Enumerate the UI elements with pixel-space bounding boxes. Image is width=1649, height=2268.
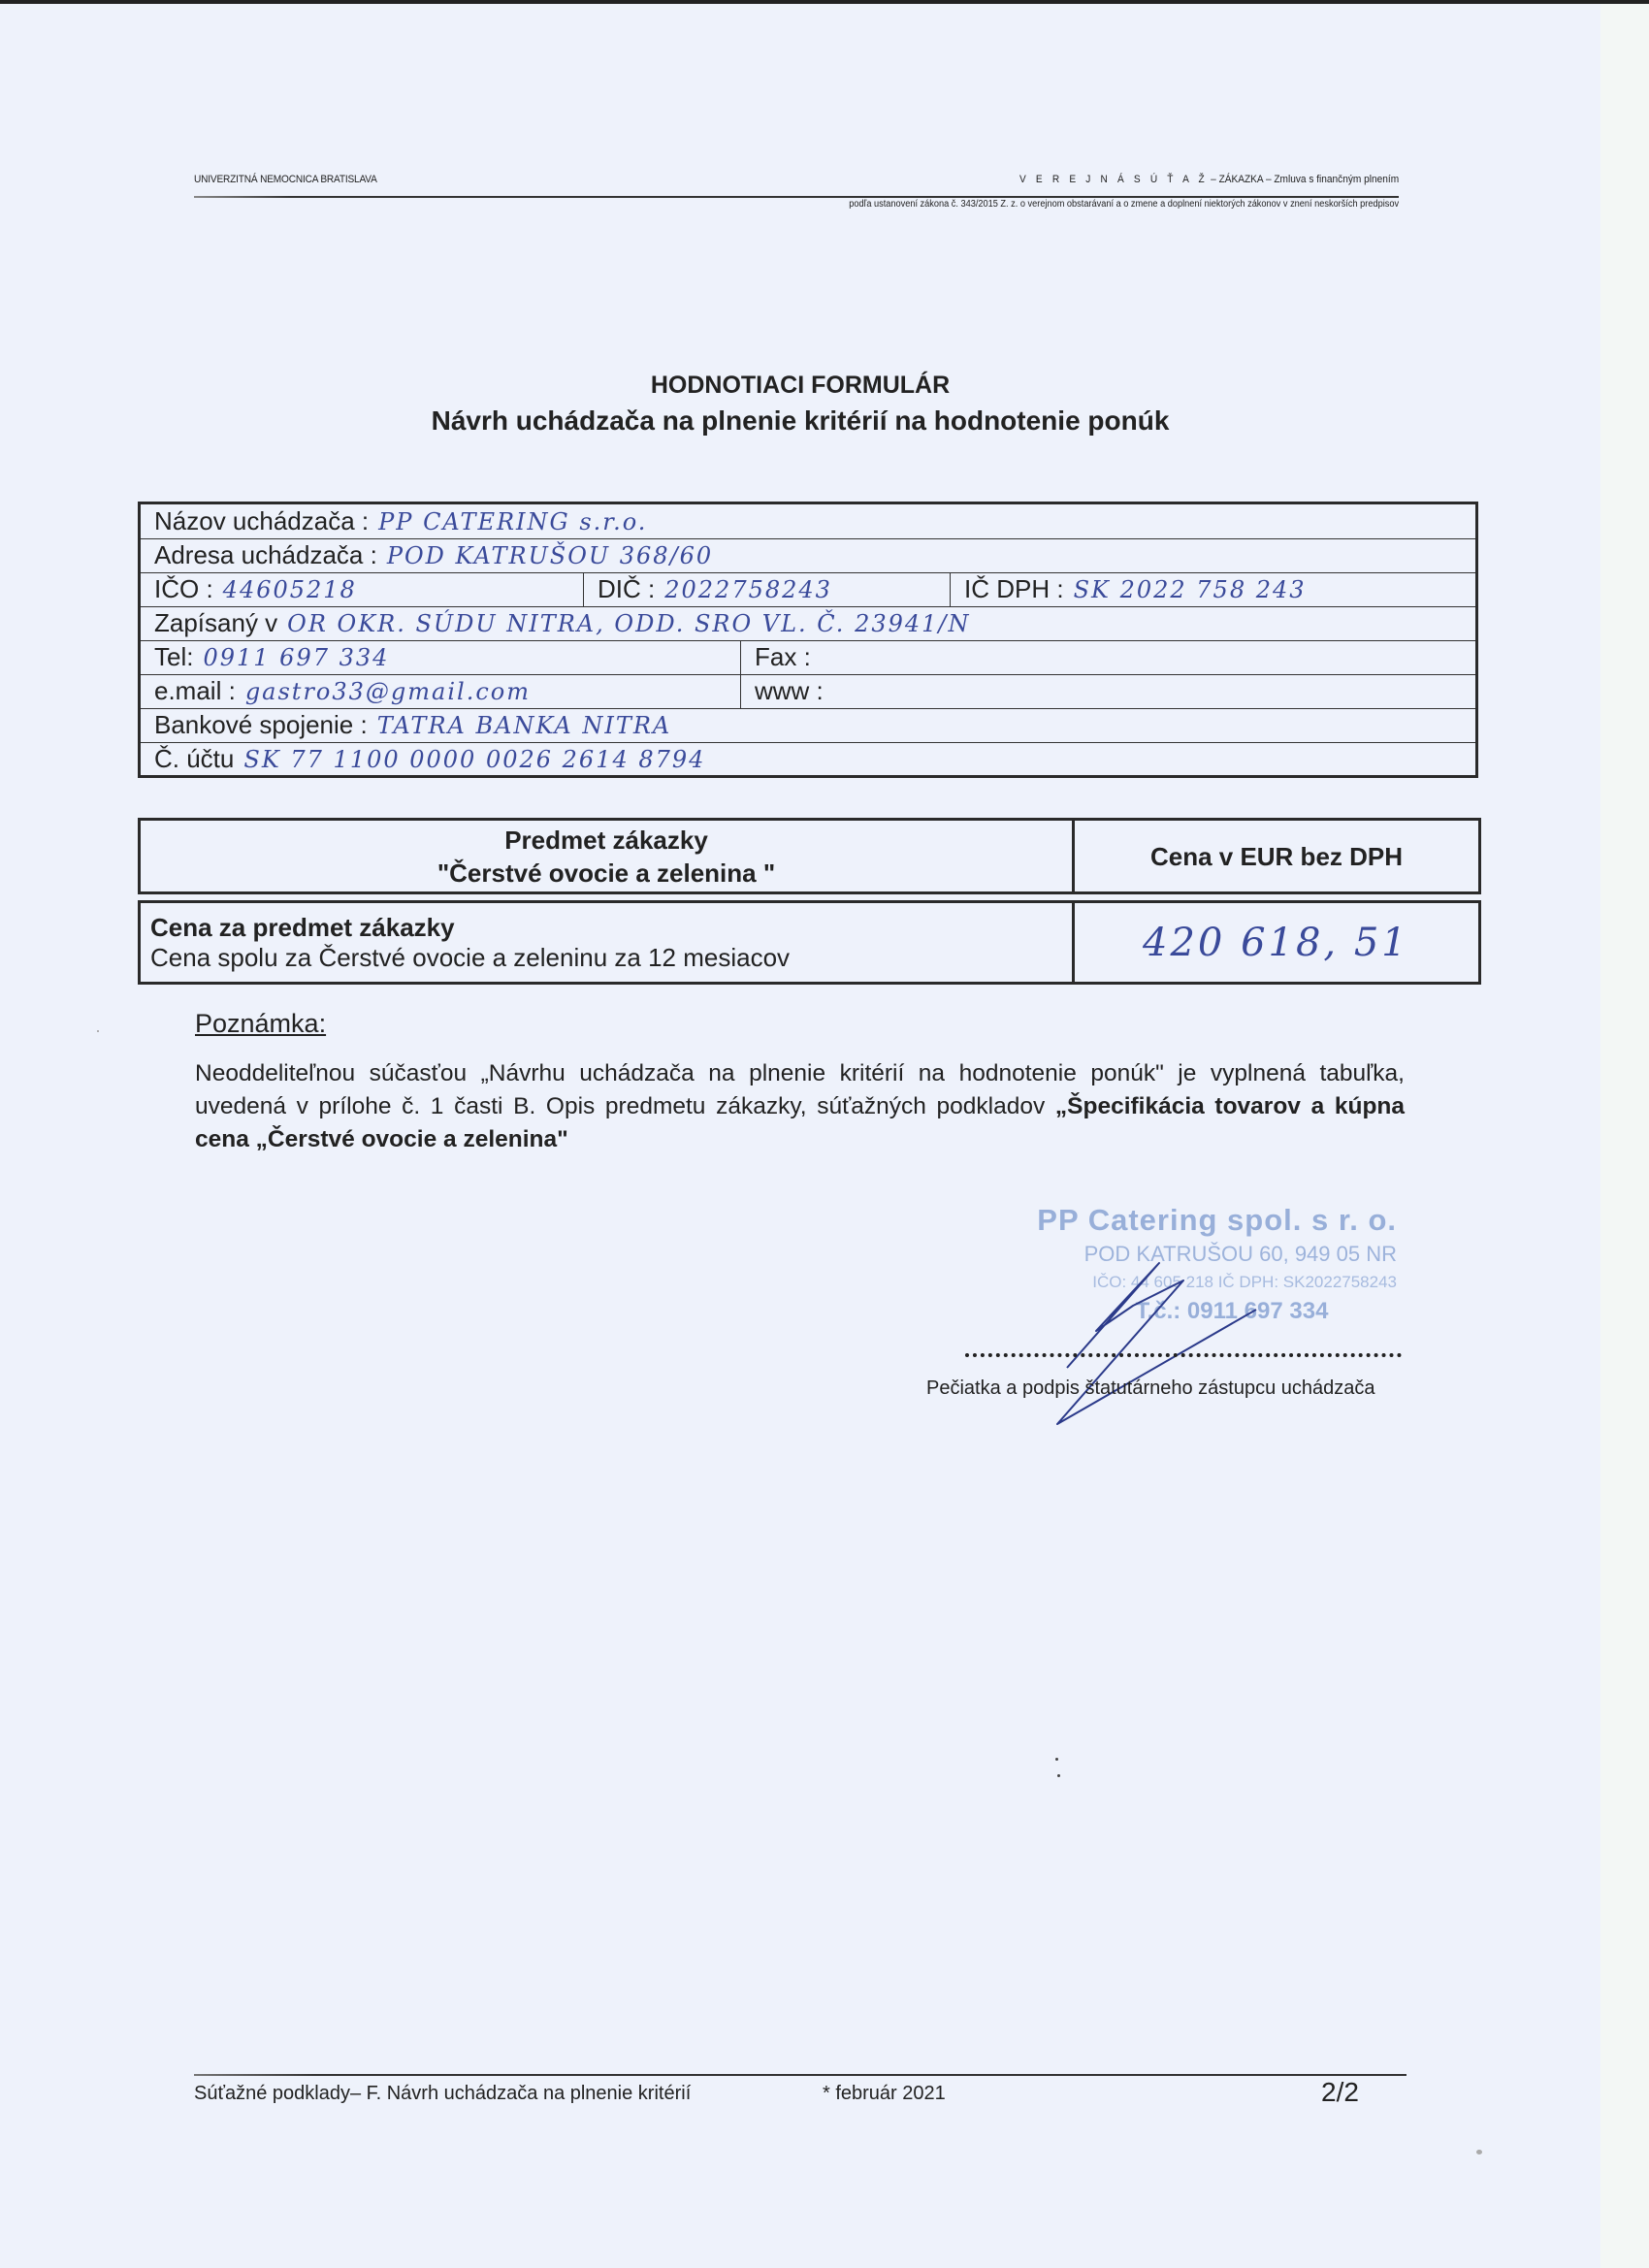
icdph-value[interactable]: SK 2022 758 243 bbox=[1074, 576, 1307, 603]
fax-cell: Fax : bbox=[740, 640, 1475, 674]
note-body: Neoddeliteľnou súčasťou „Návrhu uchádzač… bbox=[195, 1057, 1405, 1156]
dic-cell: DIČ : 2022758243 bbox=[583, 572, 951, 606]
bank-label: Bankové spojenie : bbox=[141, 710, 377, 740]
bidder-address-value[interactable]: POD KATRUŠOU 368/60 bbox=[387, 542, 713, 569]
bank-value[interactable]: TATRA BANKA NITRA bbox=[377, 712, 672, 739]
icdph-cell: IČ DPH : SK 2022 758 243 bbox=[950, 572, 1475, 606]
header-divider bbox=[194, 196, 1399, 198]
row-bidder-name: Názov uchádzača : PP CATERING s.r.o. bbox=[141, 504, 1475, 539]
subject-header-cell: Predmet zákazky "Čerstvé ovocie a zeleni… bbox=[141, 821, 1072, 891]
subject-name: "Čerstvé ovocie a zelenina " bbox=[141, 857, 1072, 890]
registration-value[interactable]: OR OKR. SÚDU NITRA, ODD. SRO VL. Č. 2394… bbox=[287, 610, 970, 637]
bidder-name-cell: Názov uchádzača : PP CATERING s.r.o. bbox=[141, 504, 1475, 538]
scan-top-edge bbox=[0, 0, 1649, 4]
tel-value[interactable]: 0911 697 334 bbox=[203, 644, 389, 671]
account-label: Č. účtu bbox=[141, 744, 243, 774]
price-row-description-cell: Cena za predmet zákazky Cena spolu za Če… bbox=[141, 903, 1072, 982]
bidder-name-value[interactable]: PP CATERING s.r.o. bbox=[378, 508, 647, 535]
row-ids: IČO : 44605218 DIČ : 2022758243 IČ DPH :… bbox=[141, 572, 1475, 607]
fax-label: Fax : bbox=[741, 642, 821, 672]
handwritten-signature-icon bbox=[1048, 1251, 1300, 1426]
price-header: Cena v EUR bez DPH bbox=[1075, 840, 1478, 873]
registration-label: Zapísaný v bbox=[141, 608, 287, 638]
account-value[interactable]: SK 77 1100 0000 0026 2614 8794 bbox=[243, 746, 705, 773]
page-number: 2/2 bbox=[1321, 2077, 1359, 2108]
footer-date: * február 2021 bbox=[823, 2083, 946, 2105]
email-value[interactable]: gastro33@gmail.com bbox=[245, 678, 531, 705]
price-table-row: Cena za predmet zákazky Cena spolu za Če… bbox=[138, 900, 1481, 985]
row-bidder-address: Adresa uchádzača : POD KATRUŠOU 368/60 bbox=[141, 538, 1475, 573]
price-table: Predmet zákazky "Čerstvé ovocie a zeleni… bbox=[138, 818, 1481, 985]
tel-label: Tel: bbox=[141, 642, 203, 672]
form-subtitle: Návrh uchádzača na plnenie kritérií na h… bbox=[0, 405, 1600, 437]
tel-cell: Tel: 0911 697 334 bbox=[141, 640, 740, 674]
www-label: www : bbox=[741, 676, 833, 706]
ico-value[interactable]: 44605218 bbox=[223, 576, 357, 603]
signature-line bbox=[965, 1353, 1402, 1357]
tender-type: V E R E J N Á S Ú Ť A Ž – ZÁKAZKA – Zmlu… bbox=[1019, 174, 1399, 185]
bidder-address-cell: Adresa uchádzača : POD KATRUŠOU 368/60 bbox=[141, 538, 1475, 572]
registration-cell: Zapísaný v OR OKR. SÚDU NITRA, ODD. SRO … bbox=[141, 606, 1475, 640]
signature-caption: Pečiatka a podpis štatutárneho zástupcu … bbox=[926, 1377, 1375, 1400]
scan-speck bbox=[1057, 1774, 1060, 1777]
row-account: Č. účtu SK 77 1100 0000 0026 2614 8794 bbox=[141, 742, 1475, 776]
tender-type-spaced: V E R E J N Á S Ú Ť A Ž bbox=[1019, 174, 1208, 185]
price-row-description: Cena spolu za Čerstvé ovocie a zeleninu … bbox=[141, 943, 1072, 973]
row-email-www: e.mail : gastro33@gmail.com www : bbox=[141, 674, 1475, 709]
www-cell: www : bbox=[740, 674, 1475, 708]
note-title: Poznámka: bbox=[195, 1009, 326, 1039]
law-reference: podľa ustanovení zákona č. 343/2015 Z. z… bbox=[849, 199, 1399, 210]
row-bank: Bankové spojenie : TATRA BANKA NITRA bbox=[141, 708, 1475, 743]
dic-value[interactable]: 2022758243 bbox=[664, 576, 832, 603]
bidder-address-label: Adresa uchádzača : bbox=[141, 540, 387, 570]
scan-speck bbox=[1476, 2150, 1482, 2155]
price-table-header: Predmet zákazky "Čerstvé ovocie a zeleni… bbox=[138, 818, 1481, 894]
ico-label: IČO : bbox=[141, 574, 223, 604]
form-title: HODNOTIACI FORMULÁR bbox=[0, 372, 1600, 400]
scan-speck bbox=[97, 1030, 99, 1032]
row-tel-fax: Tel: 0911 697 334 Fax : bbox=[141, 640, 1475, 675]
bidder-name-label: Názov uchádzača : bbox=[141, 506, 378, 536]
scan-speck bbox=[1055, 1758, 1058, 1761]
price-value[interactable]: 420 618, 51 bbox=[1075, 921, 1478, 965]
row-registration: Zapísaný v OR OKR. SÚDU NITRA, ODD. SRO … bbox=[141, 606, 1475, 641]
stamp-company: PP Catering spol. s r. o. bbox=[1028, 1203, 1397, 1238]
price-row-title: Cena za predmet zákazky bbox=[141, 913, 1072, 943]
institution-name: UNIVERZITNÁ NEMOCNICA BRATISLAVA bbox=[194, 174, 377, 185]
footer-document-name: Súťažné podklady– F. Návrh uchádzača na … bbox=[194, 2083, 691, 2105]
bidder-info-table: Názov uchádzača : PP CATERING s.r.o. Adr… bbox=[138, 502, 1478, 778]
price-header-cell: Cena v EUR bez DPH bbox=[1072, 821, 1478, 891]
email-label: e.mail : bbox=[141, 676, 245, 706]
scan-right-margin bbox=[1600, 4, 1649, 2268]
icdph-label: IČ DPH : bbox=[951, 574, 1074, 604]
price-value-cell: 420 618, 51 bbox=[1072, 903, 1478, 982]
dic-label: DIČ : bbox=[584, 574, 664, 604]
footer-divider bbox=[194, 2074, 1406, 2076]
subject-label: Predmet zákazky bbox=[141, 824, 1072, 857]
bank-cell: Bankové spojenie : TATRA BANKA NITRA bbox=[141, 708, 1475, 742]
ico-cell: IČO : 44605218 bbox=[141, 572, 583, 606]
email-cell: e.mail : gastro33@gmail.com bbox=[141, 674, 740, 708]
tender-type-rest: – ZÁKAZKA – Zmluva s finančným plnením bbox=[1208, 174, 1399, 185]
account-cell: Č. účtu SK 77 1100 0000 0026 2614 8794 bbox=[141, 742, 1475, 776]
